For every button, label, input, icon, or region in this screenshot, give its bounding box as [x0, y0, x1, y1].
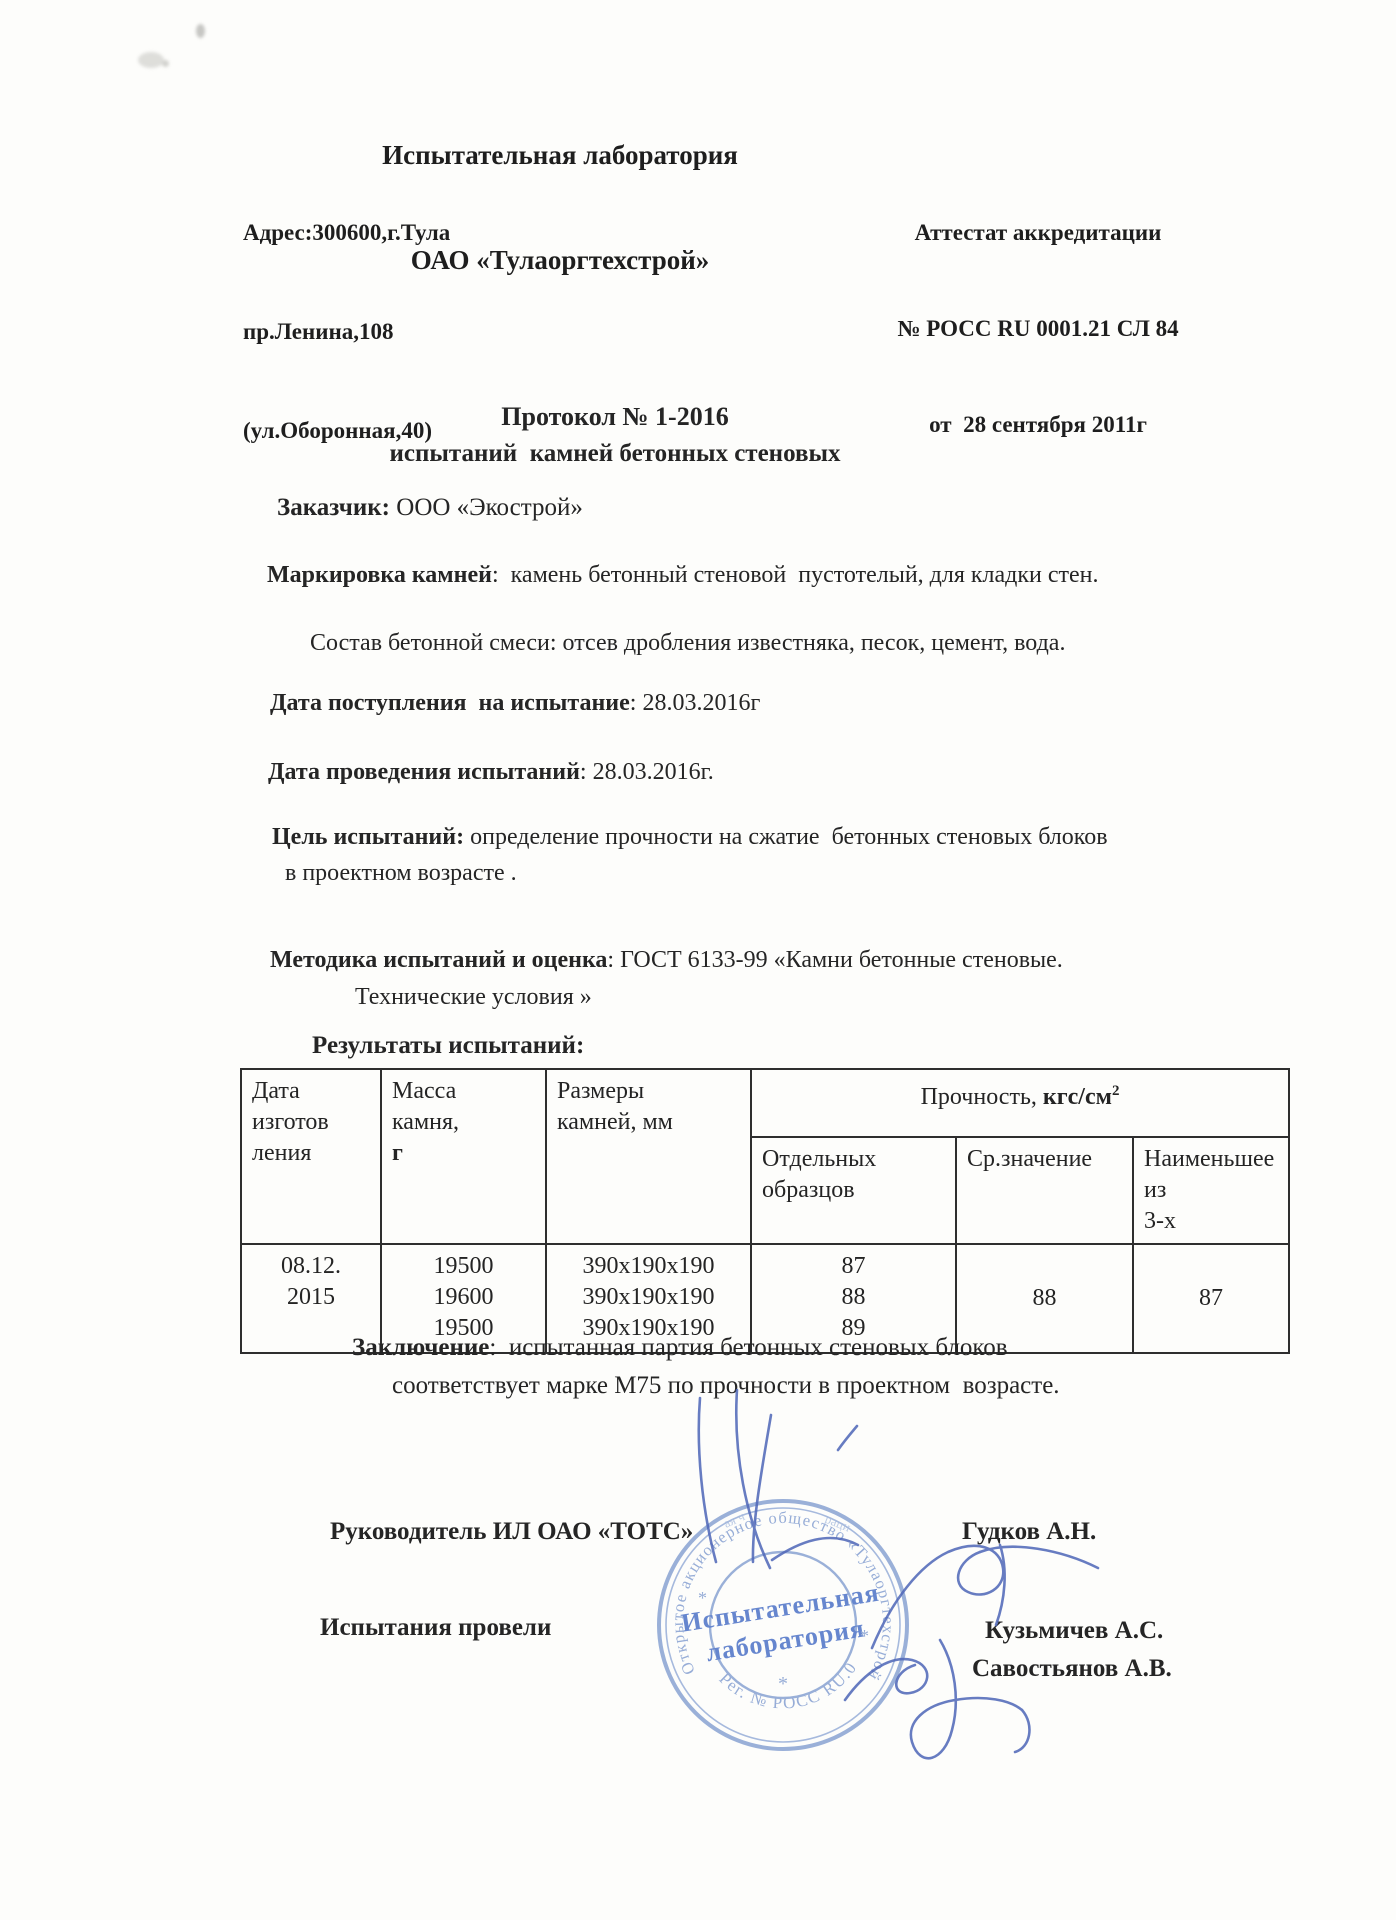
cell-minimum: 87: [1133, 1244, 1289, 1353]
mass-value: 19600: [392, 1282, 535, 1313]
strength-value: 87: [762, 1251, 945, 1282]
col-header-minimum-l2: 3-х: [1144, 1206, 1278, 1237]
signatures-svg: [600, 1378, 1140, 1798]
protocol-subtitle: испытаний камней бетонных стеновых: [300, 438, 930, 471]
col-header-date-l3: ления: [252, 1138, 370, 1169]
col-header-individual-l2: образцов: [762, 1175, 945, 1206]
col-header-size-l1: Размеры: [557, 1076, 740, 1107]
table-header-row1: Датаизготовления Массакамня,г Размерыкам…: [241, 1069, 1289, 1137]
purpose-line1: Цель испытаний: определение прочности на…: [272, 822, 1108, 853]
cell-date-l2: 2015: [252, 1282, 370, 1313]
accreditation-line2: № РОСС RU 0001.21 СЛ 84: [858, 313, 1218, 345]
col-header-strength: Прочность, кгс/см2: [751, 1069, 1289, 1137]
size-value: 390x190x190: [557, 1251, 740, 1282]
address-line1: Адрес:300600,г.Тула: [243, 216, 450, 249]
date-tested-label: Дата проведения испытаний: [268, 759, 580, 785]
date-tested-value: : 28.03.2016г.: [580, 759, 714, 785]
results-table: Датаизготовления Массакамня,г Размерыкам…: [240, 1068, 1290, 1354]
purpose-line2: в проектном возрасте .: [285, 858, 517, 889]
strength-unit: кгс/см: [1043, 1084, 1112, 1110]
marking-value: : камень бетонный стеновой пустотелый, д…: [492, 562, 1099, 588]
protocol-title: Протокол № 1-2016: [300, 400, 930, 434]
col-header-size: Размерыкамней, мм: [546, 1069, 751, 1244]
accreditation-line1: Аттестат аккредитации: [858, 217, 1218, 249]
date-received-line: Дата поступления на испытание: 28.03.201…: [270, 688, 760, 719]
col-header-minimum: Наименьшее из3-х: [1133, 1137, 1289, 1244]
tester2-signature-strokes: [845, 1640, 1029, 1758]
scan-speck: [162, 60, 169, 67]
customer-value: ООО «Экострой»: [390, 494, 583, 521]
strength-prefix: Прочность,: [921, 1084, 1043, 1110]
method-value-line1: : ГОСТ 6133-99 «Камни бетонные стеновые.: [607, 947, 1062, 973]
col-header-mass-l2: камня,: [392, 1107, 535, 1138]
conclusion-label: Заключение: [352, 1334, 489, 1361]
marking-label: Маркировка камней: [267, 562, 492, 588]
method-line1: Методика испытаний и оценка: ГОСТ 6133-9…: [270, 945, 1063, 976]
customer-label: Заказчик:: [277, 494, 390, 521]
address-line2: пр.Ленина,108: [243, 315, 450, 348]
col-header-mass: Массакамня,г: [381, 1069, 546, 1244]
method-line2: Технические условия »: [355, 982, 592, 1013]
cell-date-l1: 08.12.: [252, 1251, 370, 1282]
testers-label: Испытания провели: [320, 1612, 551, 1645]
purpose-value-line1: определение прочности на сжатие бетонных…: [464, 824, 1107, 850]
col-header-size-l2: камней, мм: [557, 1107, 740, 1138]
tester1-signature-strokes: [872, 1545, 1098, 1648]
date-received-label: Дата поступления на испытание: [270, 690, 630, 716]
purpose-label: Цель испытаний:: [272, 824, 464, 850]
col-header-mass-unit: г: [392, 1138, 535, 1169]
col-header-date-l1: Дата: [252, 1076, 370, 1107]
col-header-individual-l1: Отдельных: [762, 1144, 945, 1175]
marking-line: Маркировка камней: камень бетонный стено…: [267, 560, 1099, 591]
customer-line: Заказчик: ООО «Экострой»: [277, 492, 583, 525]
strength-sup: 2: [1112, 1083, 1120, 1099]
mass-value: 19500: [392, 1251, 535, 1282]
date-received-value: : 28.03.2016г: [630, 690, 761, 716]
conclusion-line1: Заключение: испытанная партия бетонных с…: [352, 1332, 1008, 1365]
scan-speck: [196, 24, 205, 38]
scanned-document-page: Испытательная лаборатория ОАО «Тулаоргте…: [0, 0, 1396, 1920]
col-header-date: Датаизготовления: [241, 1069, 381, 1244]
scan-smudge: [138, 52, 164, 68]
col-header-minimum-l1: Наименьшее из: [1144, 1144, 1278, 1206]
col-header-date-l2: изготов: [252, 1107, 370, 1138]
composition-line: Состав бетонной смеси: отсев дробления и…: [310, 628, 1065, 659]
size-value: 390x190x190: [557, 1282, 740, 1313]
col-header-average: Ср.значение: [956, 1137, 1133, 1244]
strength-value: 88: [762, 1282, 945, 1313]
date-tested-line: Дата проведения испытаний: 28.03.2016г.: [268, 757, 714, 788]
col-header-mass-l1: Масса: [392, 1076, 535, 1107]
col-header-individual: Отдельныхобразцов: [751, 1137, 956, 1244]
handwritten-signatures: [600, 1378, 1140, 1798]
conclusion-value-line1: : испытанная партия бетонных стеновых бл…: [489, 1334, 1007, 1361]
results-heading: Результаты испытаний:: [312, 1030, 584, 1063]
head-signature-strokes: [699, 1390, 858, 1568]
method-label: Методика испытаний и оценка: [270, 947, 607, 973]
